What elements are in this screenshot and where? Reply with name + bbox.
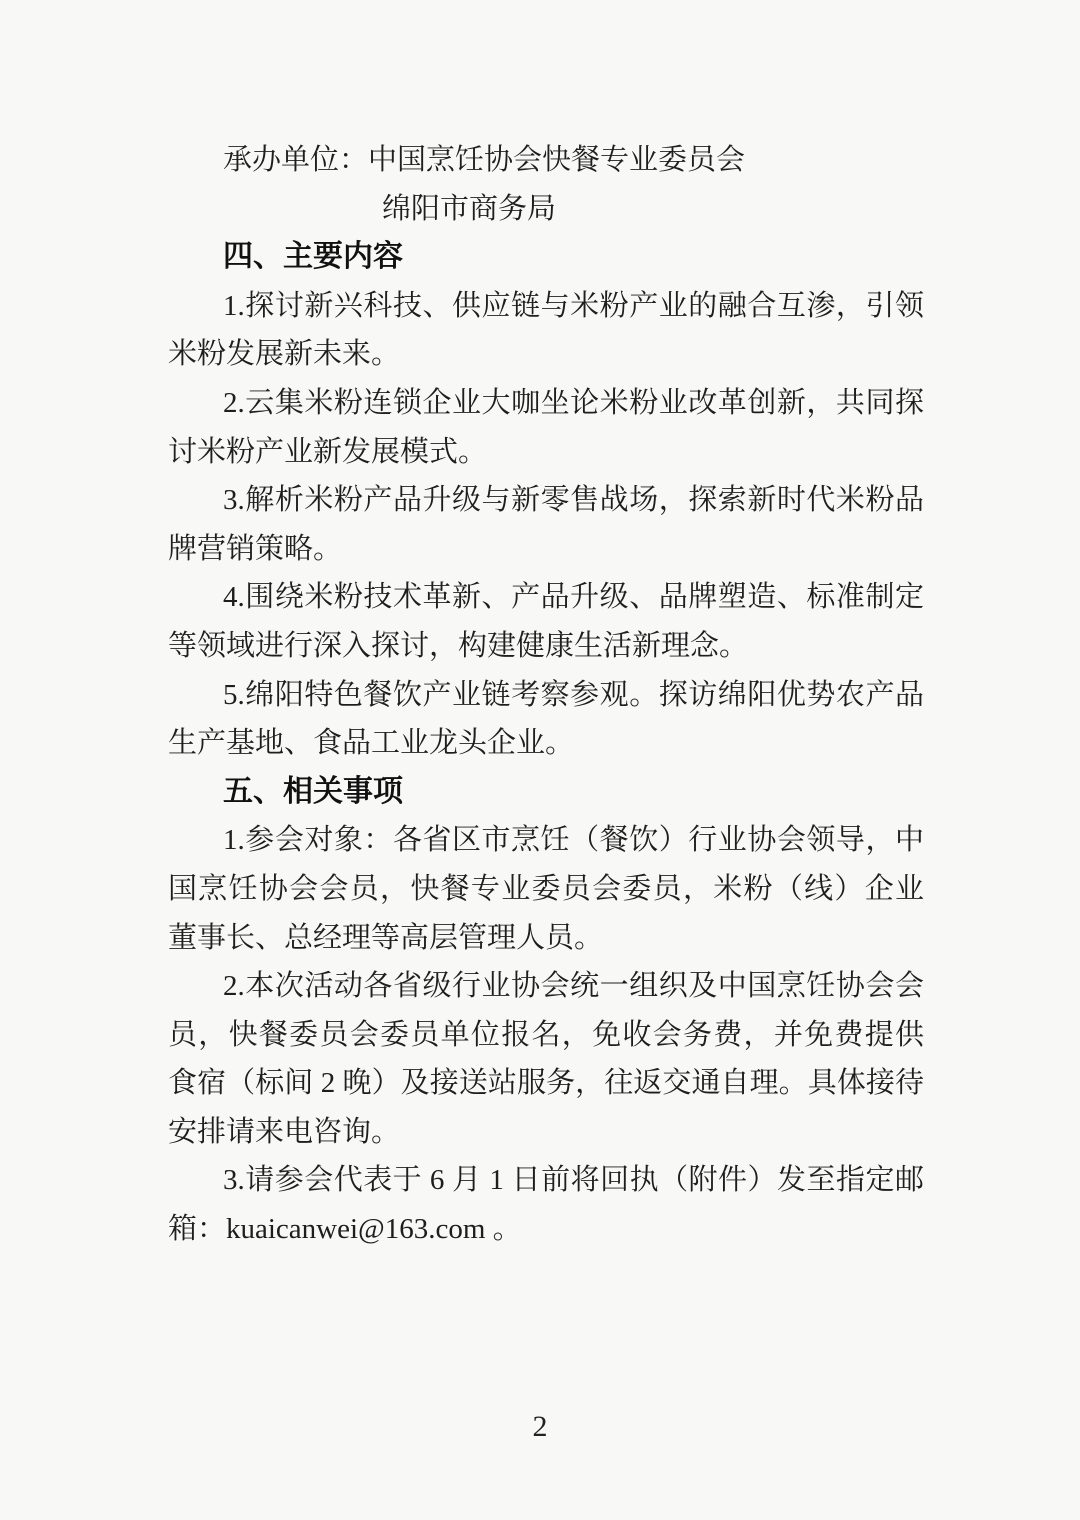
text-line: 生产基地、食品工业龙头企业。: [168, 719, 924, 768]
text-line: 2.本次活动各省级行业协会统一组织及中国烹饪协会会: [168, 962, 924, 1011]
text-line: 国烹饪协会会员，快餐专业委员会委员，米粉（线）企业: [168, 865, 924, 914]
document-body: 承办单位：中国烹饪协会快餐专业委员会绵阳市商务局四、主要内容1.探讨新兴科技、供…: [168, 136, 924, 1254]
text-line: 米粉发展新未来。: [168, 330, 924, 379]
text-line: 董事长、总经理等高层管理人员。: [168, 914, 924, 963]
text-line: 食宿（标间 2 晚）及接送站服务，往返交通自理。具体接待: [168, 1059, 924, 1108]
text-line: 5.绵阳特色餐饮产业链考察参观。探访绵阳优势农产品: [168, 671, 924, 720]
text-line: 安排请来电咨询。: [168, 1108, 924, 1157]
text-line: 等领域进行深入探讨，构建健康生活新理念。: [168, 622, 924, 671]
text-line: 讨米粉产业新发展模式。: [168, 428, 924, 477]
text-line: 3.解析米粉产品升级与新零售战场，探索新时代米粉品: [168, 476, 924, 525]
text-line: 1.探讨新兴科技、供应链与米粉产业的融合互渗，引领: [168, 282, 924, 331]
section-heading: 四、主要内容: [168, 233, 924, 282]
text-line: 3.请参会代表于 6 月 1 日前将回执（附件）发至指定邮: [168, 1156, 924, 1205]
text-line: 绵阳市商务局: [168, 185, 924, 234]
text-line: 1.参会对象：各省区市烹饪（餐饮）行业协会领导，中: [168, 816, 924, 865]
text-line: 承办单位：中国烹饪协会快餐专业委员会: [168, 136, 924, 185]
text-line: 牌营销策略。: [168, 525, 924, 574]
section-heading: 五、相关事项: [168, 768, 924, 817]
page-number: 2: [0, 1403, 1080, 1451]
text-line: 箱：kuaicanwei@163.com 。: [168, 1205, 924, 1254]
text-line: 员，快餐委员会委员单位报名，免收会务费，并免费提供: [168, 1011, 924, 1060]
text-line: 2.云集米粉连锁企业大咖坐论米粉业改革创新，共同探: [168, 379, 924, 428]
text-line: 4.围绕米粉技术革新、产品升级、品牌塑造、标准制定: [168, 573, 924, 622]
